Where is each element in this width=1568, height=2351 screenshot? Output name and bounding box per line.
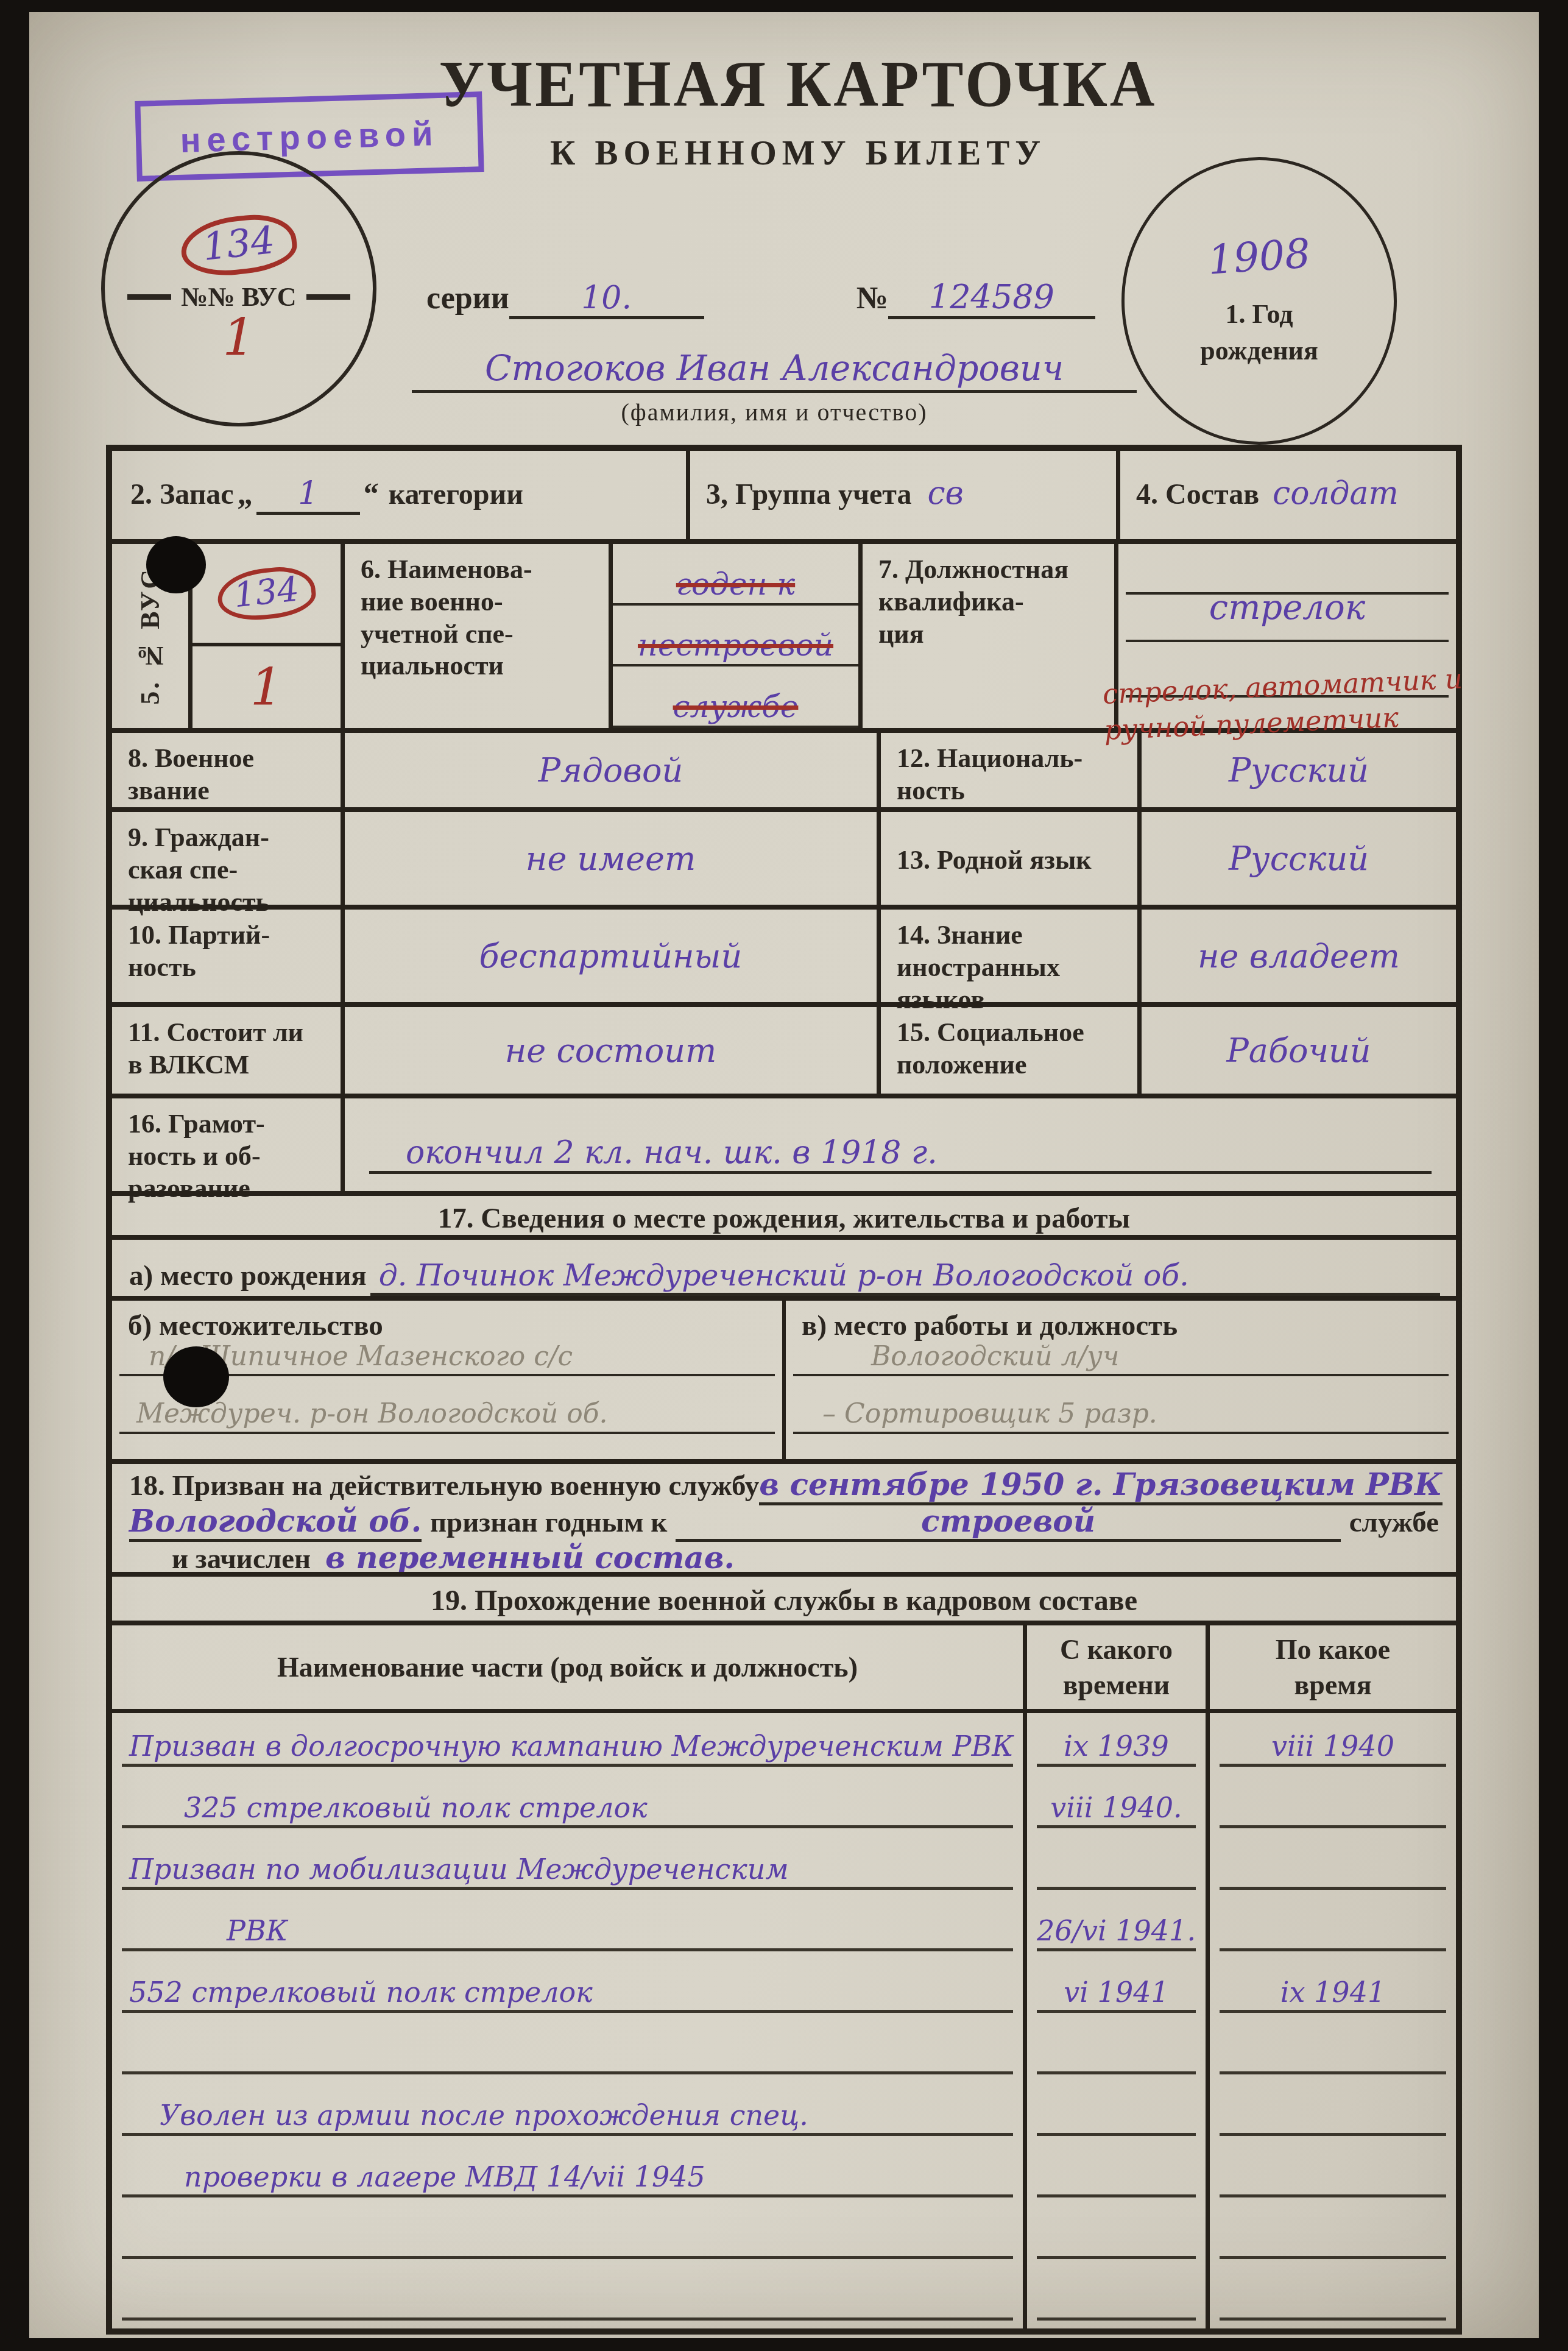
field-6-label: 6. Наименова- ние военно- учетной спе- ц… xyxy=(361,554,532,681)
field-8-value: Рядовой xyxy=(539,751,683,790)
ruled-line xyxy=(1037,2256,1196,2259)
section-18-line-2: Вологодской об. признан годным к строево… xyxy=(129,1503,1439,1540)
unit-cell: РВК xyxy=(112,1898,1023,1959)
from-cell: 26/vi 1941. xyxy=(1023,1898,1206,1959)
from-text: viii 1940. xyxy=(1027,1791,1206,1824)
from-text: vi 1941 xyxy=(1027,1976,1206,2009)
field-10-label: 10. Партий- ность xyxy=(128,920,270,982)
field-10-value-cell: беспартийный xyxy=(341,910,877,1002)
card-number-label: № xyxy=(856,280,888,316)
field-13-value-cell: Русский xyxy=(1137,812,1456,905)
ruled-line xyxy=(1220,2010,1446,2013)
from-cell xyxy=(1023,2205,1206,2267)
section-19-title: 19. Прохождение военной службы в кадрово… xyxy=(112,1572,1456,1621)
workplace-line-2: – Сортировщик 5 разр. xyxy=(822,1398,1157,1429)
unit-cell: Уволен из армии после прохождения спец. xyxy=(112,2082,1023,2144)
field-6-line-3-slot: службе xyxy=(613,666,858,728)
field-16-value: окончил 2 кл. нач. шк. в 1918 г. xyxy=(369,1134,1432,1174)
red-oval-mark: 134 xyxy=(215,563,318,623)
birth-year-label: 1. Год рождения xyxy=(1200,296,1318,369)
field-11: 11. Состоит ли в ВЛКСМ xyxy=(112,1007,341,1094)
punch-hole xyxy=(146,536,206,593)
field-2: 2. Запас „ 1 “ категории xyxy=(112,451,686,539)
full-name: Стогоков Иван Александрович xyxy=(412,348,1137,393)
field-8-label: 8. Военное звание xyxy=(128,743,254,805)
from-cell: viii 1940. xyxy=(1023,1775,1206,1836)
table-row xyxy=(112,2205,1456,2267)
main-form-table: 2. Запас „ 1 “ категории 3, Группа учета… xyxy=(106,445,1462,2335)
ruled-line xyxy=(122,2256,1013,2259)
field-4: 4. Состав солдат xyxy=(1116,451,1456,539)
ruled-line xyxy=(1037,1764,1196,1767)
to-cell xyxy=(1206,1898,1456,1959)
to-cell xyxy=(1206,2267,1456,2328)
field-10: 10. Партий- ность xyxy=(112,910,341,1002)
table-row xyxy=(112,2267,1456,2328)
ruled-line xyxy=(1037,1948,1196,1951)
ruled-line xyxy=(122,1825,1013,1828)
ruled-line xyxy=(1037,2133,1196,2136)
vus-entry-number: 1 xyxy=(222,315,255,361)
unit-cell: проверки в лагере МВД 14/vii 1945 xyxy=(112,2144,1023,2205)
unit-cell: Призван в долгосрочную кампанию Междуреч… xyxy=(112,1713,1023,1775)
ruled-line xyxy=(1220,2071,1446,2074)
workplace-line-1: Вологодский л/уч xyxy=(871,1341,1119,1372)
section-18-line-1: 18. Призван на действительную военную сл… xyxy=(129,1466,1439,1503)
section-18-fitness-value: строевой xyxy=(676,1503,1340,1542)
red-oval-mark: 134 xyxy=(178,211,299,280)
unit-text: Уволен из армии после прохождения спец. xyxy=(129,2099,808,2132)
to-cell xyxy=(1206,1836,1456,1898)
unit-text: проверки в лагере МВД 14/vii 1945 xyxy=(129,2160,705,2193)
section-17-residence-work: б) местожительство п/о Шипичное Мазенско… xyxy=(112,1296,1456,1459)
to-cell xyxy=(1206,2021,1456,2082)
to-cell xyxy=(1206,2144,1456,2205)
ruled-line xyxy=(793,1432,1449,1434)
dash-right xyxy=(306,294,350,300)
birthplace-value: д. Починок Междуреченский р-он Вологодск… xyxy=(370,1258,1440,1296)
field-6-line-2-slot: нестроевой xyxy=(613,606,858,667)
from-cell xyxy=(1023,2267,1206,2328)
name-caption: (фамилия, имя и отчество) xyxy=(412,398,1137,426)
ruled-line xyxy=(1220,1825,1446,1828)
ruled-line xyxy=(122,2194,1013,2197)
service-table-body: Призван в долгосрочную кампанию Междуреч… xyxy=(112,1709,1456,2328)
ruled-line xyxy=(122,1948,1013,1951)
unit-text: РВК xyxy=(129,1914,288,1947)
ruled-line xyxy=(1220,1764,1446,1767)
workplace-label: в) место работы и должность xyxy=(802,1310,1178,1342)
ruled-line xyxy=(1220,2317,1446,2321)
column-header-unit: Наименование части (род войск и должност… xyxy=(112,1625,1023,1709)
from-cell xyxy=(1023,2082,1206,2144)
row-9-13: 9. Граждан- ская спе- циальность не имее… xyxy=(112,807,1456,905)
field-15: 15. Социальное положение xyxy=(877,1007,1137,1094)
ruled-line xyxy=(1037,1887,1196,1890)
unit-cell xyxy=(112,2021,1023,2082)
field-16: 16. Грамот- ность и об- разование xyxy=(112,1098,341,1191)
unit-text: Призван по мобилизации Междуреченским xyxy=(129,1853,789,1886)
field-5-values: 134 1 xyxy=(188,544,341,728)
field-11-label: 11. Состоит ли в ВЛКСМ xyxy=(128,1017,303,1080)
section-18-lead-2: и зачислен xyxy=(172,1543,311,1575)
table-row: Призван в долгосрочную кампанию Междуреч… xyxy=(112,1713,1456,1775)
field-15-value-cell: Рабочий xyxy=(1137,1007,1456,1094)
field-2-value: 1 xyxy=(256,475,360,515)
column-header-from: С какого времени xyxy=(1023,1625,1206,1709)
ruled-line xyxy=(1220,1948,1446,1951)
birth-year-value: 1908 xyxy=(1207,230,1312,284)
series-value: 10. xyxy=(509,280,704,319)
card-subtitle: К ВОЕННОМУ БИЛЕТУ xyxy=(402,133,1194,173)
workplace-cell: в) место работы и должность Вологодский … xyxy=(786,1301,1456,1459)
field-14-label: 14. Знание иностранных языков xyxy=(897,920,1060,1014)
field-14-value: не владеет xyxy=(1198,937,1400,975)
ruled-line xyxy=(122,1887,1013,1890)
field-4-label: 4. Состав xyxy=(1136,477,1259,512)
field-6: 6. Наименова- ние военно- учетной спе- ц… xyxy=(341,544,609,728)
field-12-label: 12. Националь- ность xyxy=(897,743,1082,805)
card-number-value: 124589 xyxy=(888,278,1095,319)
ruled-line xyxy=(1037,2071,1196,2074)
from-cell xyxy=(1023,1836,1206,1898)
field-15-label: 15. Социальное положение xyxy=(897,1017,1084,1080)
row-2-3-4: 2. Запас „ 1 “ категории 3, Группа учета… xyxy=(112,451,1456,539)
table-row xyxy=(112,2021,1456,2082)
field-13-label: 13. Родной язык xyxy=(897,844,1092,877)
table-row: РВК 26/vi 1941. xyxy=(112,1898,1456,1959)
field-16-value-cell: окончил 2 кл. нач. шк. в 1918 г. xyxy=(341,1098,1456,1191)
field-5-number: 134 xyxy=(232,569,301,615)
field-5-entry-wrap: 1 xyxy=(192,646,341,728)
section-18-line-3: и зачислен в переменный состав. xyxy=(129,1540,1439,1576)
ruled-line xyxy=(122,2010,1013,2013)
to-cell xyxy=(1206,1775,1456,1836)
field-12-value: Русский xyxy=(1229,751,1369,790)
field-7: 7. Должностная квалифика- ция xyxy=(858,544,1114,728)
ruled-line xyxy=(793,1374,1449,1376)
ruled-line xyxy=(122,2133,1013,2136)
field-9-label: 9. Граждан- ская спе- циальность xyxy=(128,822,270,917)
from-text: ix 1939 xyxy=(1027,1730,1206,1762)
ruled-line xyxy=(1220,1887,1446,1890)
to-text: ix 1941 xyxy=(1210,1976,1456,2009)
section-18-lead: 18. Призван на действительную военную сл… xyxy=(129,1469,759,1502)
field-8: 8. Военное звание xyxy=(112,733,341,807)
section-18-tail: службе xyxy=(1349,1506,1439,1539)
field-5-number-wrap: 134 xyxy=(192,544,341,646)
unit-text: 552 стрелковый полк стрелок xyxy=(129,1976,593,2009)
table-row: Призван по мобилизации Междуреченским xyxy=(112,1836,1456,1898)
field-13: 13. Родной язык xyxy=(877,812,1137,905)
section-17-title: 17. Сведения о месте рождения, жительств… xyxy=(112,1191,1456,1235)
to-cell: viii 1940 xyxy=(1206,1713,1456,1775)
ruled-line xyxy=(122,2317,1013,2321)
section-18: 18. Призван на действительную военную сл… xyxy=(112,1459,1456,1572)
section-18-callup-value: в сентябре 1950 г. Грязовецким РВК xyxy=(759,1466,1442,1505)
field-6-line-2: нестроевой xyxy=(638,628,833,663)
from-cell: ix 1939 xyxy=(1023,1713,1206,1775)
quote-close: “ xyxy=(364,476,379,511)
field-16-label: 16. Грамот- ность и об- разование xyxy=(128,1109,265,1203)
from-cell: vi 1941 xyxy=(1023,1959,1206,2021)
section-18-region-value: Вологодской об. xyxy=(129,1503,422,1542)
field-14-value-cell: не владеет xyxy=(1137,910,1456,1002)
ruled-line xyxy=(119,1432,775,1434)
field-6-entry-area: годен к нестроевой службе стрелок, автом… xyxy=(609,544,858,728)
field-4-value: солдат xyxy=(1273,475,1399,512)
unit-cell: 325 стрелковый полк стрелок xyxy=(112,1775,1023,1836)
dash-left xyxy=(127,294,171,300)
field-9-value-cell: не имеет xyxy=(341,812,877,905)
card-header: нестроевой 134 №№ ВУС 1 УЧЕТНАЯ КАРТОЧКА… xyxy=(29,12,1539,445)
column-header-to: По какое время xyxy=(1206,1625,1456,1709)
from-cell xyxy=(1023,2021,1206,2082)
row-16: 16. Грамот- ность и об- разование окончи… xyxy=(112,1094,1456,1191)
series-row: серии 10. № 124589 xyxy=(426,278,1212,319)
card-paper: нестроевой 134 №№ ВУС 1 УЧЕТНАЯ КАРТОЧКА… xyxy=(29,12,1539,2338)
ruled-line xyxy=(1037,2010,1196,2013)
section-17-birthplace-row: а) место рождения д. Починок Междуреченс… xyxy=(112,1235,1456,1296)
unit-cell: Призван по мобилизации Междуреченским xyxy=(112,1836,1023,1898)
section-18-enrolled-value: в переменный состав. xyxy=(325,1540,735,1575)
row-11-15: 11. Состоит ли в ВЛКСМ не состоит 15. Со… xyxy=(112,1002,1456,1094)
quote-open: „ xyxy=(238,476,253,511)
ruled-line xyxy=(1037,2194,1196,2197)
field-5-entry: 1 xyxy=(250,657,283,717)
series-label: серии xyxy=(426,280,509,316)
ruled-line xyxy=(122,2071,1013,2074)
birthplace-label: а) место рождения xyxy=(129,1259,367,1296)
unit-cell xyxy=(112,2205,1023,2267)
residence-label: б) местожительство xyxy=(128,1310,383,1342)
section-18-mid: признан годным к xyxy=(430,1506,667,1539)
birth-year-circle: 1908 1. Год рождения xyxy=(1121,157,1397,445)
to-cell xyxy=(1206,2082,1456,2144)
field-12: 12. Националь- ность xyxy=(877,733,1137,807)
name-block: Стогоков Иван Александрович (фамилия, им… xyxy=(412,348,1137,426)
field-14: 14. Знание иностранных языков xyxy=(877,910,1137,1002)
ruled-line xyxy=(122,1764,1013,1767)
ruled-line xyxy=(1220,2256,1446,2259)
scanned-military-card: нестроевой 134 №№ ВУС 1 УЧЕТНАЯ КАРТОЧКА… xyxy=(0,0,1568,2351)
unit-cell xyxy=(112,2267,1023,2328)
row-5-6-7: 5. № ВУС 134 1 6. Наименова- ние военно-… xyxy=(112,539,1456,728)
field-13-value: Русский xyxy=(1229,840,1369,878)
to-cell xyxy=(1206,2205,1456,2267)
row-10-14: 10. Партий- ность беспартийный 14. Знани… xyxy=(112,905,1456,1002)
unit-text: 325 стрелковый полк стрелок xyxy=(129,1791,648,1824)
table-row: проверки в лагере МВД 14/vii 1945 xyxy=(112,2144,1456,2205)
card-title: УЧЕТНАЯ КАРТОЧКА xyxy=(402,46,1194,122)
field-7-value: стрелок xyxy=(1118,588,1456,628)
field-3-label: 3, Группа учета xyxy=(706,477,911,512)
to-cell: ix 1941 xyxy=(1206,1959,1456,2021)
punch-hole xyxy=(163,1346,229,1407)
field-6-line-1: годен к xyxy=(676,567,795,602)
field-8-value-cell: Рядовой xyxy=(341,733,877,807)
field-2-suffix: категории xyxy=(389,477,523,512)
field-15-value: Рабочий xyxy=(1226,1031,1371,1070)
vus-number: 134 xyxy=(200,217,277,269)
unit-cell: 552 стрелковый полк стрелок xyxy=(112,1959,1023,2021)
field-11-value-cell: не состоит xyxy=(341,1007,877,1094)
field-3: 3, Группа учета св xyxy=(686,451,1116,539)
table-row: 325 стрелковый полк стрелок viii 1940. xyxy=(112,1775,1456,1836)
ruled-line xyxy=(1037,2317,1196,2321)
ruled-line xyxy=(1220,2133,1446,2136)
table-row: 552 стрелковый полк стрелок vi 1941 ix 1… xyxy=(112,1959,1456,2021)
field-2-label: 2. Запас xyxy=(130,477,234,512)
table-row: Уволен из армии после прохождения спец. xyxy=(112,2082,1456,2144)
ruled-line xyxy=(1037,1825,1196,1828)
ruled-line xyxy=(1126,640,1449,642)
field-7-label: 7. Должностная квалифика- ция xyxy=(878,554,1068,649)
to-text: viii 1940 xyxy=(1210,1730,1456,1762)
vus-number-circle: 134 №№ ВУС 1 xyxy=(101,151,376,426)
from-text: 26/vi 1941. xyxy=(1027,1914,1206,1947)
from-cell xyxy=(1023,2144,1206,2205)
ruled-line xyxy=(1220,2194,1446,2197)
number-group: № 124589 xyxy=(856,278,1095,319)
unit-text: Призван в долгосрочную кампанию Междуреч… xyxy=(129,1730,1014,1762)
field-11-value: не состоит xyxy=(505,1031,716,1070)
service-table-header: Наименование части (род войск и должност… xyxy=(112,1621,1456,1709)
field-6-line-1-slot: годен к xyxy=(613,544,858,606)
field-9: 9. Граждан- ская спе- циальность xyxy=(112,812,341,905)
field-10-value: беспартийный xyxy=(479,937,743,975)
title-block: УЧЕТНАЯ КАРТОЧКА К ВОЕННОМУ БИЛЕТУ xyxy=(402,49,1194,173)
field-6-line-3: службе xyxy=(673,689,799,724)
field-3-value: св xyxy=(927,475,963,512)
field-9-value: не имеет xyxy=(526,840,696,878)
